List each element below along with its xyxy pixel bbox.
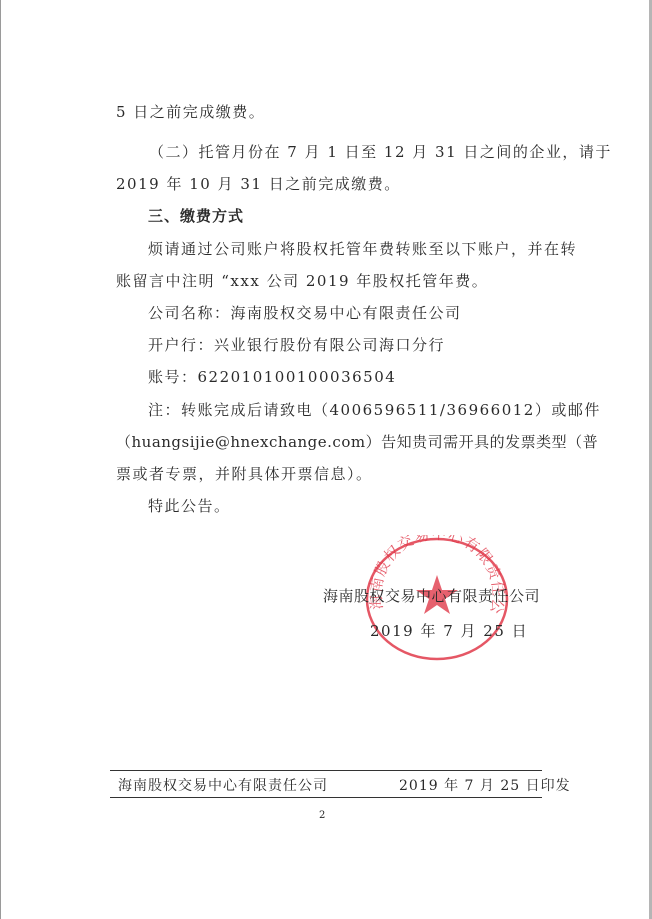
footer-issue-date: 2019 年 7 月 25 日印发 bbox=[399, 777, 571, 795]
paragraph-second-half-year: （二）托管月份在 7 月 1 日至 12 月 31 日之间的企业，请于 bbox=[149, 142, 612, 162]
note-line-2: （huangsijie@hnexchange.com）告知贵司需开具的发票类型（… bbox=[116, 432, 598, 452]
signature-org: 海南股权交易中心有限责任公司 bbox=[323, 586, 540, 606]
company-name-line: 公司名称：海南股权交易中心有限责任公司 bbox=[148, 303, 462, 323]
document-page: 5 日之前完成缴费。 （二）托管月份在 7 月 1 日至 12 月 31 日之间… bbox=[0, 0, 652, 919]
paragraph-transfer-instruction: 烦请通过公司账户将股权托管年费转账至以下账户，并在转 bbox=[148, 239, 577, 259]
note-line-3: 票或者专票，并附具体开票信息）。 bbox=[116, 464, 373, 484]
paragraph-second-half-year-cont: 2019 年 10 月 31 日之前完成缴费。 bbox=[116, 174, 401, 194]
closing-line: 特此公告。 bbox=[148, 496, 231, 516]
page-number: 2 bbox=[319, 810, 325, 821]
signature-date: 2019 年 7 月 25 日 bbox=[370, 621, 528, 641]
note-line-1: 注：转账完成后请致电（4006596511/36966012）或邮件 bbox=[148, 400, 601, 420]
account-number-line: 账号：622010100100036504 bbox=[148, 367, 396, 387]
paragraph-transfer-instruction-cont: 账留言中注明 “xxx 公司 2019 年股权托管年费。 bbox=[116, 271, 488, 291]
footer-bottom-rule bbox=[110, 797, 542, 798]
footer-top-rule bbox=[110, 770, 542, 771]
bank-line: 开户行：兴业银行股份有限公司海口分行 bbox=[148, 335, 445, 355]
footer-issuer: 海南股权交易中心有限责任公司 bbox=[118, 777, 328, 795]
paragraph-deadline-end: 5 日之前完成缴费。 bbox=[116, 102, 265, 122]
section-heading-payment-method: 三、缴费方式 bbox=[148, 206, 244, 226]
